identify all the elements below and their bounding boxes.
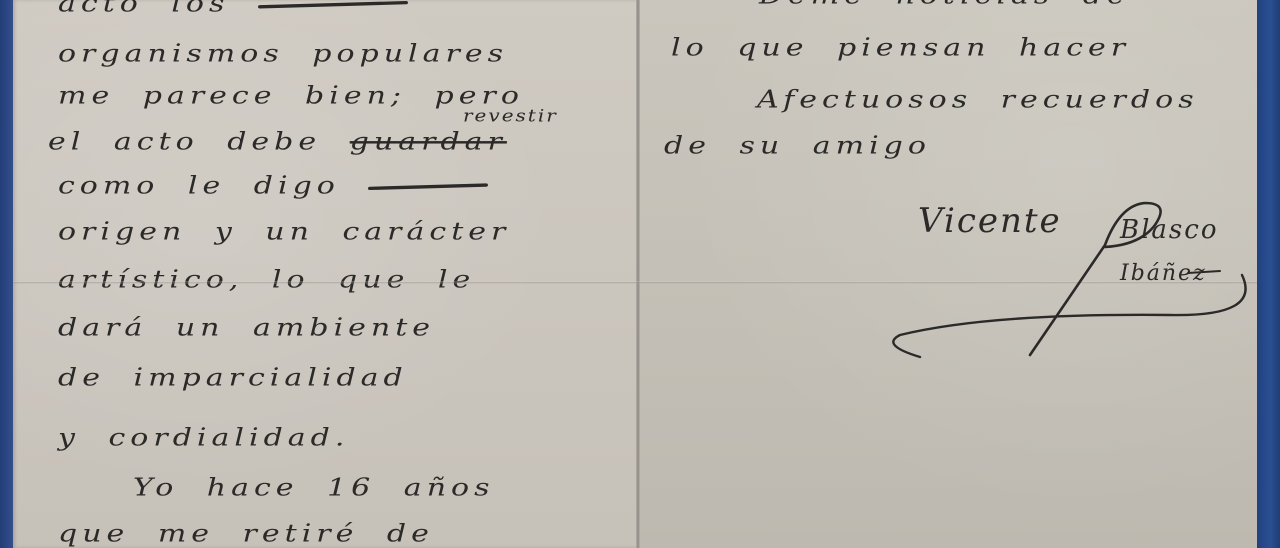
line-text: acto los — [58, 0, 229, 18]
handwritten-line: artístico, lo que le — [58, 265, 475, 294]
handwritten-line: como le digo — [58, 171, 488, 200]
letter-page-left: acto los organismos populares me parece … — [13, 0, 639, 548]
handwritten-line: y cordialidad. — [58, 423, 349, 452]
handwritten-line: de su amigo — [664, 131, 931, 160]
signature-first-name: Vicente — [918, 201, 1062, 241]
signature: Vicente Blasco Ibáñez — [870, 185, 1260, 365]
handwritten-line: organismos populares — [58, 39, 508, 68]
handwritten-line: que me retiré de — [58, 519, 434, 548]
handwritten-line-cut-off: Deme noticias de — [759, 0, 1130, 10]
handwritten-line: lo que piensan hacer — [671, 33, 1130, 62]
trailing-scribble — [368, 183, 488, 190]
blue-backdrop-left — [0, 0, 14, 548]
struck-word: guardar — [350, 127, 507, 156]
handwritten-line: origen y un carácter — [58, 217, 510, 246]
handwritten-line: el acto debe guardar — [48, 127, 507, 156]
handwritten-line: acto los — [58, 0, 408, 18]
crossed-out-word — [258, 1, 408, 9]
handwritten-line: Afectuosos recuerdos — [757, 85, 1199, 114]
line-text: el acto debe — [48, 127, 321, 156]
handwritten-line: dará un ambiente — [58, 313, 435, 342]
center-fold-line — [636, 0, 640, 548]
signature-surname-2: Ibáñez — [1120, 261, 1207, 286]
handwritten-line: me parece bien; pero — [58, 81, 524, 110]
handwritten-line: Yo hace 16 años — [133, 473, 494, 502]
signature-surname-1: Blasco — [1120, 215, 1218, 245]
handwritten-line: de imparcialidad — [58, 363, 408, 392]
line-text: como le digo — [58, 171, 340, 200]
inserted-word-above: revestir — [463, 106, 558, 126]
